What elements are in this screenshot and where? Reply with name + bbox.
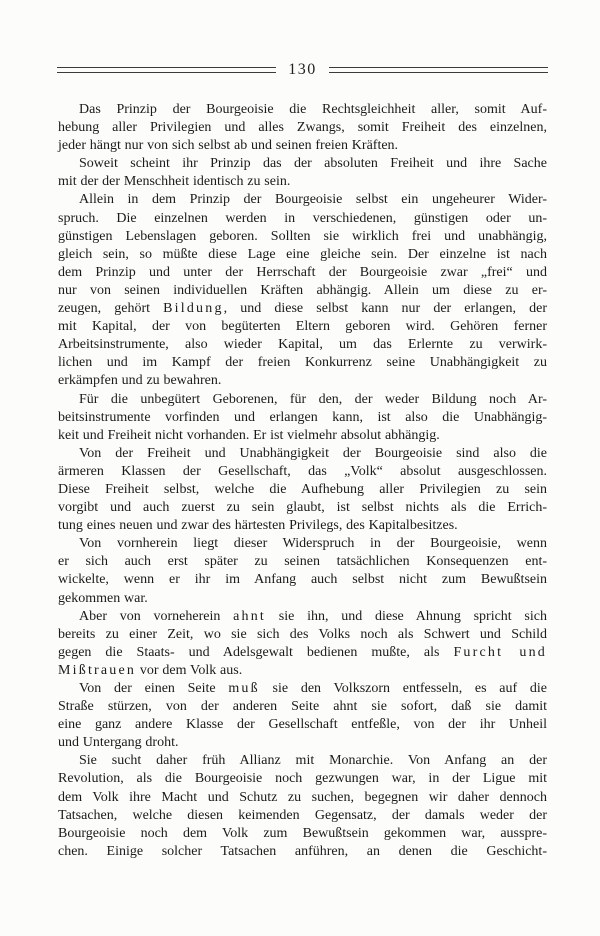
- text-line: tung eines neuen und zwar des härtesten …: [58, 517, 547, 535]
- text-line: Sie sucht daher früh Allianz mit Monarch…: [58, 752, 547, 770]
- text-line: keit und Freiheit nicht vorhanden. Er is…: [58, 427, 547, 445]
- page-header: 130: [57, 62, 548, 78]
- paragraph: Allein in dem Prinzip der Bourgeoisie se…: [58, 191, 547, 390]
- text-line: spruch. Die einzelnen werden in verschie…: [58, 210, 547, 228]
- emphasized-text: Bildung: [163, 301, 224, 316]
- paragraph: Von vornherein liegt dieser Widerspruch …: [58, 535, 547, 607]
- text-line: Mißtrauen vor dem Volk aus.: [58, 662, 547, 680]
- paragraph: Das Prinzip der Bourgeoisie die Rechtsgl…: [58, 101, 547, 155]
- header-rule-left: [57, 67, 276, 73]
- text-line: günstigen Lebenslagen geboren. Sollten s…: [58, 228, 547, 246]
- header-rule-right: [329, 67, 548, 73]
- text-line: Bourgeoisie noch dem Volk zum Bewußtsein…: [58, 825, 547, 843]
- text-line: zeugen, gehört Bildung, und diese selbst…: [58, 300, 547, 318]
- paragraph: Von der Freiheit und Unabhängigkeit der …: [58, 445, 547, 535]
- text-line: Arbeitsinstrumente, also wieder Kapital,…: [58, 336, 547, 354]
- emphasized-text: Mißtrauen: [58, 663, 136, 678]
- paragraph: Soweit scheint ihr Prinzip das der absol…: [58, 155, 547, 191]
- text-block: Das Prinzip der Bourgeoisie die Rechtsgl…: [58, 101, 547, 861]
- text-line: vorgibt und auch zuerst zu sein glaubt, …: [58, 499, 547, 517]
- paragraph: Sie sucht daher früh Allianz mit Monarch…: [58, 752, 547, 861]
- text-line: dem Prinzip und unter der Herrschaft der…: [58, 264, 547, 282]
- text-line: chen. Einige solcher Tatsachen anführen,…: [58, 843, 547, 861]
- page-number: 130: [285, 62, 320, 78]
- emphasized-text: Furcht und: [453, 645, 547, 660]
- paragraph: Aber von vorneherein ahnt sie ihn, und d…: [58, 608, 547, 680]
- text-line: hebung aller Privilegien und alles Zwang…: [58, 119, 547, 137]
- text-line: wickelte, wenn er ihr im Anfang auch sel…: [58, 571, 547, 589]
- text-line: Diese Freiheit selbst, welche die Aufheb…: [58, 481, 547, 499]
- text-line: Revolution, als die Bourgeoisie noch gez…: [58, 770, 547, 788]
- text-line: eine ganz andere Klasse der Gesellschaft…: [58, 716, 547, 734]
- text-line: nur von seinen individuellen Kräften abh…: [58, 282, 547, 300]
- text-line: Das Prinzip der Bourgeoisie die Rechtsgl…: [58, 101, 547, 119]
- text-line: erkämpfen und zu bewahren.: [58, 372, 547, 390]
- text-line: Straße stürzen, von der anderen Seite ah…: [58, 698, 547, 716]
- text-line: Für die unbegütert Geborenen, für den, d…: [58, 391, 547, 409]
- text-line: lichen und im Kampf der freien Konkurren…: [58, 354, 547, 372]
- text-line: Aber von vorneherein ahnt sie ihn, und d…: [58, 608, 547, 626]
- text-line: Von vornherein liegt dieser Widerspruch …: [58, 535, 547, 553]
- text-line: bereits zu einer Zeit, wo sie sich des V…: [58, 626, 547, 644]
- scanned-book-page: 130 Das Prinzip der Bourgeoisie die Rech…: [0, 0, 600, 936]
- text-line: Von der einen Seite muß sie den Volkszor…: [58, 680, 547, 698]
- text-line: und Untergang droht.: [58, 734, 547, 752]
- text-line: jeder hängt nur von sich selbst ab und s…: [58, 137, 547, 155]
- text-line: mit Kapital, der von begüterten Eltern g…: [58, 318, 547, 336]
- text-line: Von der Freiheit und Unabhängigkeit der …: [58, 445, 547, 463]
- text-line: dem Volk ihre Macht und Schutz zu suchen…: [58, 789, 547, 807]
- text-line: Tatsachen, welche diesen keimenden Gegen…: [58, 807, 547, 825]
- text-line: er sich auch erst später zu seinen tatsä…: [58, 553, 547, 571]
- emphasized-text: muß: [228, 681, 260, 696]
- emphasized-text: ahnt: [233, 609, 266, 624]
- text-line: gleich sein, so müßte diese Lage eine gl…: [58, 246, 547, 264]
- text-line: mit der der Menschheit identisch zu sein…: [58, 173, 547, 191]
- paragraph: Von der einen Seite muß sie den Volkszor…: [58, 680, 547, 752]
- text-line: gekommen war.: [58, 590, 547, 608]
- text-line: beitsinstrumente vorfinden und erlangen …: [58, 409, 547, 427]
- text-line: ärmeren Klassen der Gesellschaft, das „V…: [58, 463, 547, 481]
- paragraph: Für die unbegütert Geborenen, für den, d…: [58, 391, 547, 445]
- text-line: Allein in dem Prinzip der Bourgeoisie se…: [58, 191, 547, 209]
- text-line: gegen die Staats- und Adelsgewalt bedien…: [58, 644, 547, 662]
- text-line: Soweit scheint ihr Prinzip das der absol…: [58, 155, 547, 173]
